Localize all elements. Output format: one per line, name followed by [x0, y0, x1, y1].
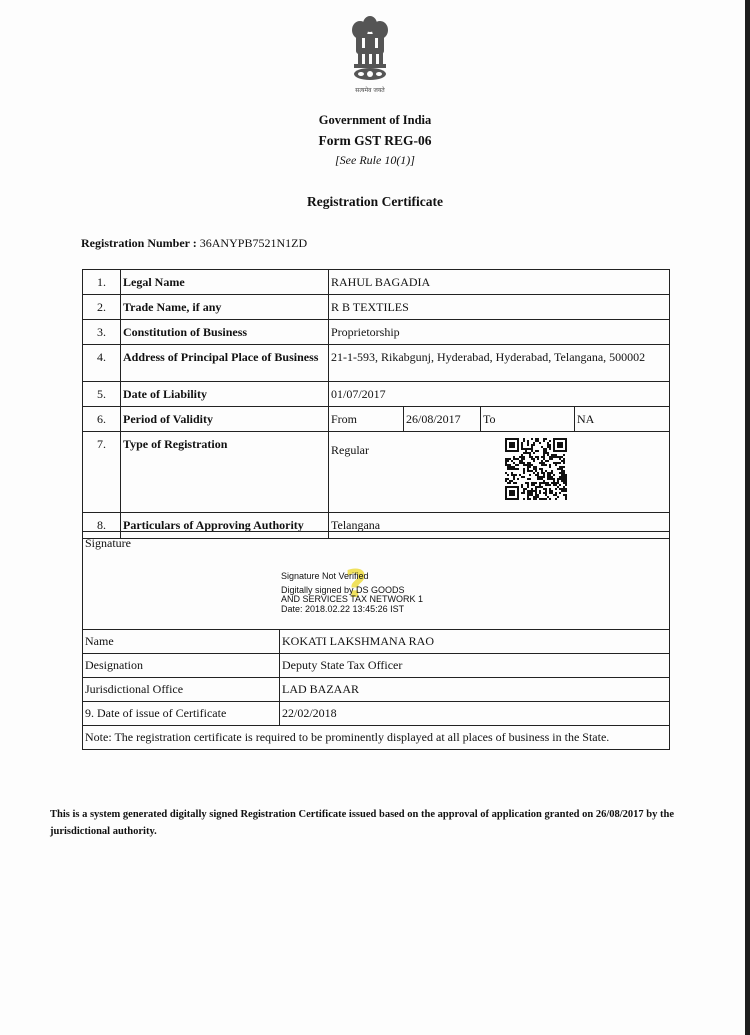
row-value: Regular	[329, 432, 670, 513]
row-label: Legal Name	[121, 270, 329, 295]
national-emblem-icon: सत्यमेव जयते	[348, 14, 392, 96]
row-label: Constitution of Business	[121, 320, 329, 345]
table-row-trade-name: 2. Trade Name, if any R B TEXTILES	[83, 295, 670, 320]
row-number: 4.	[83, 345, 121, 382]
validity-to-label: To	[481, 407, 575, 432]
validity-from-value: 26/08/2017	[404, 407, 481, 432]
row-label: Date of Liability	[121, 382, 329, 407]
authority-label: Jurisdictional Office	[83, 678, 280, 702]
row-value: 01/07/2017	[329, 382, 670, 407]
authority-value: 22/02/2018	[280, 702, 670, 726]
table-row-legal-name: 1. Legal Name RAHUL BAGADIA	[83, 270, 670, 295]
authority-row-date-of-issue: 9. Date of issue of Certificate 22/02/20…	[83, 702, 670, 726]
row-value: RAHUL BAGADIA	[329, 270, 670, 295]
authority-value: LAD BAZAAR	[280, 678, 670, 702]
registration-details-table: 1. Legal Name RAHUL BAGADIA 2. Trade Nam…	[82, 269, 670, 539]
display-note: Note: The registration certificate is re…	[83, 726, 670, 750]
authority-row-jurisdictional-office: Jurisdictional Office LAD BAZAAR	[83, 678, 670, 702]
signature-label: Signature	[85, 536, 131, 550]
registration-number-label: Registration Number :	[81, 236, 197, 250]
signature-cell: Signature ? Signature Not Verified Digit…	[83, 532, 670, 630]
row-number: 5.	[83, 382, 121, 407]
table-row-constitution: 3. Constitution of Business Proprietorsh…	[83, 320, 670, 345]
row-number: 3.	[83, 320, 121, 345]
signature-table: Signature ? Signature Not Verified Digit…	[82, 531, 670, 750]
form-title: Form GST REG-06	[0, 133, 750, 149]
authority-label: Name	[83, 630, 280, 654]
registration-number-value: 36ANYPB7521N1ZD	[200, 236, 307, 250]
note-row: Note: The registration certificate is re…	[83, 726, 670, 750]
svg-text:सत्यमेव जयते: सत्यमेव जयते	[355, 86, 385, 94]
signature-status: Signature Not Verified	[281, 572, 423, 582]
row-label: Period of Validity	[121, 407, 329, 432]
row-number: 2.	[83, 295, 121, 320]
government-heading: Government of India	[0, 113, 750, 128]
qr-code-icon	[505, 438, 567, 500]
table-row-date-of-liability: 5. Date of Liability 01/07/2017	[83, 382, 670, 407]
row-number: 7.	[83, 432, 121, 513]
authority-value: Deputy State Tax Officer	[280, 654, 670, 678]
authority-label: Designation	[83, 654, 280, 678]
row-label: Type of Registration	[121, 432, 329, 513]
row-value: 21-1-593, Rikabgunj, Hyderabad, Hyderaba…	[329, 345, 670, 382]
row-value: Proprietorship	[329, 320, 670, 345]
row-number: 1.	[83, 270, 121, 295]
validity-to-value: NA	[575, 407, 670, 432]
table-row-address: 4. Address of Principal Place of Busines…	[83, 345, 670, 382]
authority-row-designation: Designation Deputy State Tax Officer	[83, 654, 670, 678]
table-row-period-of-validity: 6. Period of Validity From 26/08/2017 To…	[83, 407, 670, 432]
table-row-type-of-registration: 7. Type of Registration Regular	[83, 432, 670, 513]
signature-row: Signature ? Signature Not Verified Digit…	[83, 532, 670, 630]
rule-reference: [See Rule 10(1)]	[0, 153, 750, 168]
row-label: Address of Principal Place of Business	[121, 345, 329, 382]
authority-row-name: Name KOKATI LAKSHMANA RAO	[83, 630, 670, 654]
footer-statement: This is a system generated digitally sig…	[50, 806, 715, 840]
authority-label: 9. Date of issue of Certificate	[83, 702, 280, 726]
validity-from-label: From	[329, 407, 404, 432]
certificate-title: Registration Certificate	[0, 194, 750, 210]
registration-number: Registration Number : 36ANYPB7521N1ZD	[81, 236, 307, 251]
row-label: Trade Name, if any	[121, 295, 329, 320]
row-value: R B TEXTILES	[329, 295, 670, 320]
digital-signature-block[interactable]: Signature Not Verified Digitally signed …	[281, 572, 423, 614]
signature-date: Date: 2018.02.22 13:45:26 IST	[281, 605, 423, 615]
row-number: 6.	[83, 407, 121, 432]
authority-value: KOKATI LAKSHMANA RAO	[280, 630, 670, 654]
